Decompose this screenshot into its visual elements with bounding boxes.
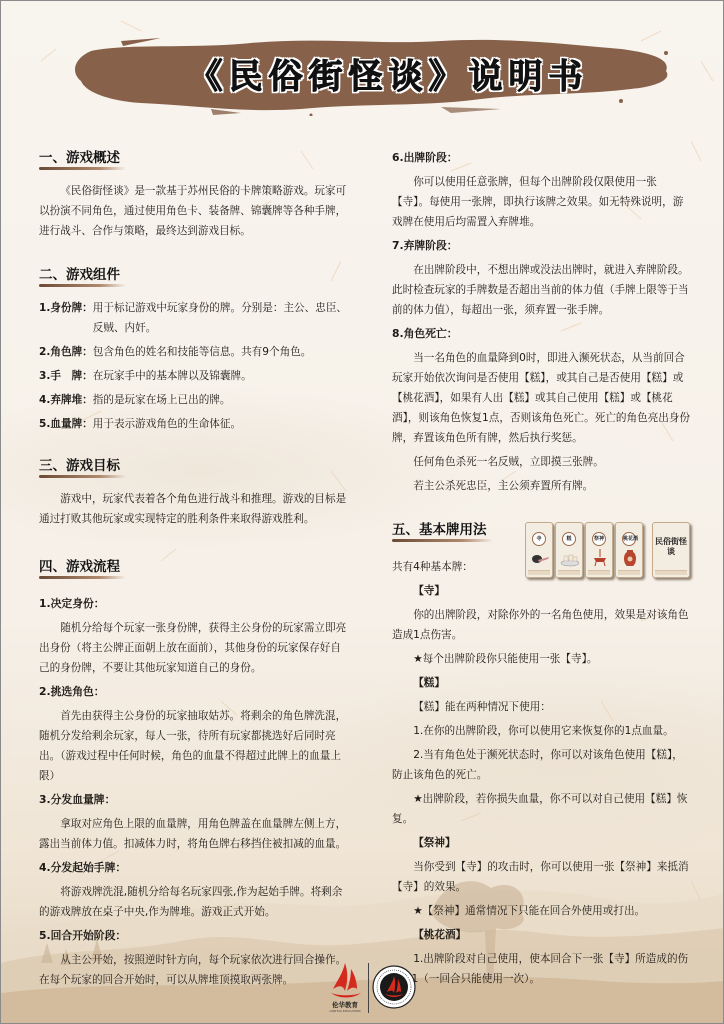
item-value: 用于表示游戏角色的生命体征。 (93, 414, 349, 434)
card-text: 1.出牌阶段对自己使用，使本回合下一张【寺】所造成的伤害+1（一回合只能使用一次… (392, 949, 692, 989)
card-name: 【桃花酒】 (392, 925, 692, 945)
card-text: 当你受到【寺】的攻击时，你可以使用一张【祭神】来抵消【寺】的效果。 (392, 857, 692, 897)
figure-icon (530, 549, 550, 567)
card-text: ★出牌阶段，若你损失血量，你不可以对自己使用【糕】恢复。 (392, 789, 692, 829)
card-label: 桃花酒 (622, 532, 636, 546)
card-name: 【糕】 (392, 673, 692, 693)
step-text: 你可以使用任意张牌，但每个出牌阶段仅限使用一张【寺】。每使用一张牌，即执行该牌之… (392, 172, 692, 232)
list-item: 2.角色牌：包含角色的姓名和技能等信息。共有9个角色。 (39, 342, 349, 362)
card-name: 【寺】 (392, 581, 692, 601)
card-frame (618, 570, 640, 575)
step-text: 当一名角色的血量降到0时，即进入濒死状态，从当前回合玩家开始依次询问是否使用【糕… (392, 348, 692, 448)
card-text: ★每个出牌阶段你只能使用一张【寺】。 (392, 649, 692, 669)
item-key: 2.角色牌： (39, 342, 93, 362)
card-back-logo: 民俗街怪谈 (653, 537, 689, 557)
wine-jar-icon (620, 549, 640, 567)
card-label: 糕 (562, 532, 576, 546)
section-heading: 五、基本牌用法 (392, 518, 487, 539)
logo-divider (368, 963, 369, 1013)
section-heading: 三、游戏目标 (39, 454, 120, 475)
card-text: 你的出牌阶段，对除你外的一名角色使用，效果是对该角色造成1点伤害。 (392, 605, 692, 645)
sail-logo-icon (327, 961, 363, 1001)
card-text: 1.在你的出牌阶段，你可以使用它来恢复你的1点血量。 (392, 721, 692, 741)
section-heading: 一、游戏概述 (39, 146, 120, 167)
step-text: 拿取对应角色上限的血量牌，用角色牌盖在血量牌左侧上方，露出当前体力值。扣减体力时… (39, 814, 349, 854)
step-text: 在出牌阶段中，不想出牌或没法出牌时，就进入弃牌阶段。此时检查玩家的手牌数是否超出… (392, 260, 692, 320)
goal-text: 游戏中，玩家代表着各个角色进行战斗和推理。游戏的目标是通过打败其他玩家或实现特定… (39, 489, 349, 529)
step-text: 随机分给每个玩家一张身份牌，获得主公身份的玩家需立即亮出身份（将主公牌正面朝上放… (39, 618, 349, 678)
step-title: 3.分发血量牌： (39, 790, 349, 810)
step-title: 7.弃牌阶段： (392, 236, 692, 256)
step-text: 任何角色杀死一名反贼，立即摸三张牌。 (392, 452, 692, 472)
section-heading: 二、游戏组件 (39, 263, 120, 284)
card-frame (655, 570, 687, 575)
logo-caption: 伦华教育 (325, 1001, 365, 1009)
section-overview: 一、游戏概述 《民俗街怪谈》是一款基于苏州民俗的卡牌策略游戏。玩家可以扮演不同角… (39, 146, 349, 241)
card-image-gao: 糕 (555, 522, 583, 578)
step-text: 将游戏牌洗混,随机分给每名玩家四张,作为起始手牌。将剩余的游戏牌放在桌子中央,作… (39, 882, 349, 922)
item-key: 5.血量牌： (39, 414, 93, 434)
item-value: 包含角色的姓名和技能等信息。共有9个角色。 (93, 342, 349, 362)
item-key: 4.弃牌堆： (39, 390, 93, 410)
list-item: 5.血量牌：用于表示游戏角色的生命体征。 (39, 414, 349, 434)
item-value: 用于标记游戏中玩家身份的牌。分别是：主公、忠臣、反贼、内奸。 (93, 298, 349, 338)
card-image-si: 寺 (525, 522, 553, 578)
section-components: 二、游戏组件 1.身份牌：用于标记游戏中玩家身份的牌。分别是：主公、忠臣、反贼、… (39, 263, 349, 434)
list-item: 3.手 牌：在玩家手中的基本牌以及锦囊牌。 (39, 366, 349, 386)
step-title: 8.角色死亡： (392, 324, 692, 344)
overview-text: 《民俗街怪谈》是一款基于苏州民俗的卡牌策略游戏。玩家可以扮演不同角色，通过使用角… (39, 181, 349, 241)
left-column: 一、游戏概述 《民俗街怪谈》是一款基于苏州民俗的卡牌策略游戏。玩家可以扮演不同角… (39, 141, 349, 994)
step-title: 2.挑选角色： (39, 682, 349, 702)
title-banner: 《民俗街怪谈》说明书 (61, 31, 676, 116)
card-frame (588, 570, 610, 575)
card-frame (528, 570, 550, 575)
card-text: 2.当有角色处于濒死状态时，你可以对该角色使用【糕】，防止该角色的死亡。 (392, 745, 692, 785)
step-title: 6.出牌阶段： (392, 148, 692, 168)
step-title: 1.决定身份： (39, 594, 349, 614)
instruction-sheet: 《民俗街怪谈》说明书 一、游戏概述 《民俗街怪谈》是一款基于苏州民俗的卡牌策略游… (0, 0, 724, 1024)
section-goal: 三、游戏目标 游戏中，玩家代表着各个角色进行战斗和推理。游戏的目标是通过打败其他… (39, 454, 349, 529)
list-item: 1.身份牌：用于标记游戏中玩家身份的牌。分别是：主公、忠臣、反贼、内奸。 (39, 298, 349, 338)
card-frame (558, 570, 580, 575)
list-item: 4.弃牌堆：指的是玩家在场上已出的牌。 (39, 390, 349, 410)
section-flow: 四、游戏流程 1.决定身份： 随机分给每个玩家一张身份牌，获得主公身份的玩家需立… (39, 555, 349, 990)
card-label: 祭神 (592, 532, 606, 546)
lunhua-logo: 伦华教育 LUNHUA EDUCATION (327, 961, 363, 1015)
logo-subcaption: LUNHUA EDUCATION (325, 1009, 365, 1013)
page-title: 《民俗街怪谈》说明书 (61, 31, 676, 116)
step-text: 首先由获得主公身份的玩家抽取姑苏。将剩余的角色牌洗混，随机分发给剩余玩家，每人一… (39, 706, 349, 786)
components-list: 1.身份牌：用于标记游戏中玩家身份的牌。分别是：主公、忠臣、反贼、内奸。 2.角… (39, 298, 349, 434)
step-title: 5.回合开始阶段： (39, 926, 349, 946)
step-title: 4.分发起始手牌： (39, 858, 349, 878)
footer-logos: 伦华教育 LUNHUA EDUCATION (327, 961, 419, 1015)
card-images: 寺 糕 祭神 桃花酒 民俗街怪谈 (525, 522, 695, 580)
card-image-taohuajiu: 桃花酒 (615, 522, 643, 578)
section-heading: 四、游戏流程 (39, 555, 120, 576)
school-seal-icon (372, 965, 416, 1009)
step-text: 若主公杀死忠臣，主公须弃置所有牌。 (392, 476, 692, 496)
cake-icon (560, 549, 580, 567)
card-label: 寺 (532, 532, 546, 546)
item-key: 1.身份牌： (39, 298, 93, 338)
item-value: 指的是玩家在场上已出的牌。 (93, 390, 349, 410)
item-key: 3.手 牌： (39, 366, 93, 386)
card-text: ★【祭神】通常情况下只能在回合外使用或打出。 (392, 901, 692, 921)
item-value: 在玩家手中的基本牌以及锦囊牌。 (93, 366, 349, 386)
card-text: 【糕】能在两种情况下使用： (392, 697, 692, 717)
incense-burner-icon (590, 549, 610, 567)
section-basic-cards: 五、基本牌用法 共有4种基本牌： 【寺】 你的出牌阶段，对除你外的一名角色使用，… (392, 518, 692, 989)
step-text: 从主公开始，按照逆时针方向，每个玩家依次进行回合操作。在每个玩家的回合开始时，可… (39, 950, 349, 990)
card-back: 民俗街怪谈 (652, 522, 690, 578)
card-image-jishen: 祭神 (585, 522, 613, 578)
card-name: 【祭神】 (392, 833, 692, 853)
